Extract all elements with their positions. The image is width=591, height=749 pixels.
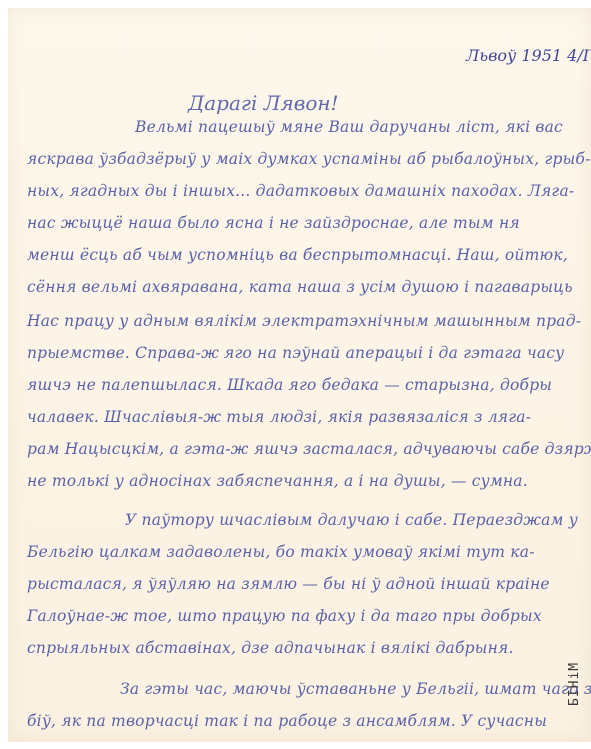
letter-line: нас жыццё наша было ясна і не зайздросна… [27,214,520,232]
letter-line: У паўтору шчаслівым далучаю і сабе. Пера… [125,511,578,529]
letter-line: яскрава ўзбадзёрыў у маіх думках успамін… [27,150,591,168]
letter-date: Львоў 1951 4/IV. [466,46,591,65]
letter-line: менш ёсць аб чым успомніць ва беспрытомн… [27,246,568,264]
letter-line: Вельмі пацешыў мяне Ваш даручаны ліст, я… [135,118,563,136]
letter-line: За гэты час, маючы ўставаньне у Бельгіі,… [120,680,591,698]
letter-line: рам Нацысцкім, а гэта-ж яшчэ засталася, … [27,440,591,458]
letter-line: прыемстве. Справа-ж яго на пэўнай аперац… [27,344,564,362]
letter-line: не толькі у адносінах забяспечання, а і … [27,472,528,490]
letter-line: яшчэ не палепшылася. Шкада яго бедака — … [27,376,552,394]
letter-line: ных, ягадных ды і іншых... дадатковых да… [27,182,574,200]
letter-greeting: Дарагі Лявон! [188,91,339,115]
letter-line: спрыяльных абставінах, дзе адпачынак і в… [27,639,514,657]
letter-line: рысталася, я ўяўляю на зямлю — бы ні ў а… [27,575,550,593]
letter-sheet: Львоў 1951 4/IV. Дарагі Лявон! Вельмі па… [8,8,591,742]
letter-line: чалавек. Шчаслівыя-ж тыя людзі, якія раз… [27,408,531,426]
letter-line: Галоўнае-ж тое, што працую па фаху і да … [27,607,542,625]
archive-watermark: БІНіМ [567,662,582,706]
letter-line: Бельгію цалкам задаволены, бо такіх умов… [27,543,535,561]
letter-line: сёння вельмі ахвяравана, ката наша з усі… [27,278,573,296]
letter-line: біў, як па творчасці так і па рабоце з а… [27,712,547,730]
letter-line: Нас працу у адным вялікім электратэхнічн… [27,312,581,330]
